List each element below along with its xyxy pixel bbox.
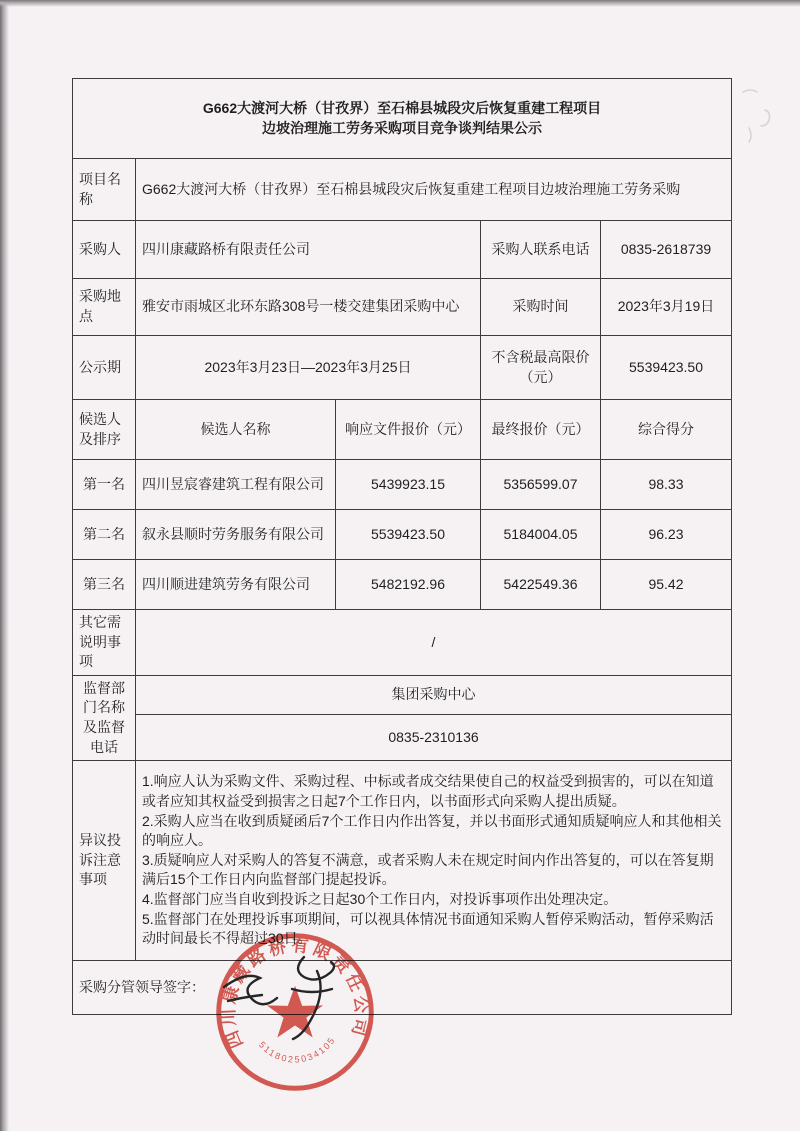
supervision-department: 集团采购中心 <box>136 675 732 714</box>
complaint-line-5: 5.监督部门在处理投诉事项期间，可以视具体情况书面通知采购人暂停采购活动，暂停采… <box>142 910 725 949</box>
project-name-value: G662大渡河大桥（甘孜界）至石棉县城段灾后恢复重建工程项目边坡治理施工劳务采购 <box>136 159 732 221</box>
bid-cell: 5482192.96 <box>336 560 481 610</box>
complaint-notes: 1.响应人认为采购文件、采购过程、中标或者成交结果使自己的权益受到损害的，可以在… <box>136 761 732 961</box>
final-column-header: 最终报价（元） <box>481 400 601 460</box>
scanned-page: G662大渡河大桥（甘孜界）至石棉县城段灾后恢复重建工程项目 边坡治理施工劳务采… <box>0 0 800 1131</box>
bid-cell: 5439923.15 <box>336 460 481 510</box>
purchase-time-label: 采购时间 <box>481 279 601 336</box>
bid-cell: 5539423.50 <box>336 510 481 560</box>
publicity-label: 公示期 <box>73 336 136 400</box>
publicity-value: 2023年3月23日—2023年3月25日 <box>136 336 481 400</box>
score-cell: 98.33 <box>601 460 732 510</box>
signature-row: 采购分管领导签字： <box>73 961 732 1015</box>
purchaser-value: 四川康藏路桥有限责任公司 <box>136 221 481 279</box>
complaint-line-3: 3.质疑响应人对采购人的答复不满意，或者采购人未在规定时间内作出答复的，可以在答… <box>142 851 725 890</box>
title-line-1: G662大渡河大桥（甘孜界）至石棉县城段灾后恢复重建工程项目 <box>79 99 725 119</box>
document-title: G662大渡河大桥（甘孜界）至石棉县城段灾后恢复重建工程项目 边坡治理施工劳务采… <box>73 79 732 159</box>
max-price-label: 不含税最高限价（元） <box>481 336 601 400</box>
table-row: 第二名 叙永县顺时劳务服务有限公司 5539423.50 5184004.05 … <box>73 510 732 560</box>
seal-number-text: 5118025034105 <box>257 1034 338 1064</box>
candidate-name-cell: 叙永县顺时劳务服务有限公司 <box>136 510 336 560</box>
score-cell: 96.23 <box>601 510 732 560</box>
final-price-cell: 5422549.36 <box>481 560 601 610</box>
title-line-2: 边坡治理施工劳务采购项目竞争谈判结果公示 <box>79 119 725 139</box>
score-cell: 95.42 <box>601 560 732 610</box>
purchaser-phone-label: 采购人联系电话 <box>481 221 601 279</box>
table-row: 第一名 四川昱宸睿建筑工程有限公司 5439923.15 5356599.07 … <box>73 460 732 510</box>
supervision-phone: 0835-2310136 <box>136 714 732 760</box>
complaint-label: 异议投诉注意事项 <box>73 761 136 961</box>
name-column-header: 候选人名称 <box>136 400 336 460</box>
rank-cell: 第二名 <box>73 510 136 560</box>
announcement-table: G662大渡河大桥（甘孜界）至石棉县城段灾后恢复重建工程项目 边坡治理施工劳务采… <box>72 78 732 1015</box>
svg-text:5118025034105: 5118025034105 <box>257 1034 338 1064</box>
complaint-line-2: 2.采购人应当在收到质疑函后7个工作日内作出答复，并以书面形式通知质疑响应人和其… <box>142 812 725 851</box>
scan-edge-left <box>0 0 9 1131</box>
complaint-line-1: 1.响应人认为采购文件、采购过程、中标或者成交结果使自己的权益受到损害的，可以在… <box>142 772 725 811</box>
pencil-mark <box>735 80 790 160</box>
max-price-value: 5539423.50 <box>601 336 732 400</box>
candidate-name-cell: 四川昱宸睿建筑工程有限公司 <box>136 460 336 510</box>
table-row: 第三名 四川顺进建筑劳务有限公司 5482192.96 5422549.36 9… <box>73 560 732 610</box>
location-value: 雅安市雨城区北环东路308号一楼交建集团采购中心 <box>136 279 481 336</box>
rank-cell: 第三名 <box>73 560 136 610</box>
rank-cell: 第一名 <box>73 460 136 510</box>
purchase-time-value: 2023年3月19日 <box>601 279 732 336</box>
candidate-name-cell: 四川顺进建筑劳务有限公司 <box>136 560 336 610</box>
location-label: 采购地点 <box>73 279 136 336</box>
purchaser-phone-value: 0835-2618739 <box>601 221 732 279</box>
purchaser-label: 采购人 <box>73 221 136 279</box>
other-notes-value: / <box>136 610 732 676</box>
final-price-cell: 5184004.05 <box>481 510 601 560</box>
other-notes-label: 其它需说明事项 <box>73 610 136 676</box>
complaint-line-4: 4.监督部门应当自收到投诉之日起30个工作日内，对投诉事项作出处理决定。 <box>142 890 725 910</box>
bid-column-header: 响应文件报价（元） <box>336 400 481 460</box>
project-name-label: 项目名称 <box>73 159 136 221</box>
supervision-label: 监督部门名称及监督电话 <box>73 675 136 760</box>
final-price-cell: 5356599.07 <box>481 460 601 510</box>
scan-edge-top <box>0 0 800 7</box>
score-column-header: 综合得分 <box>601 400 732 460</box>
rank-column-header: 候选人及排序 <box>73 400 136 460</box>
signature-label: 采购分管领导签字： <box>79 979 205 995</box>
